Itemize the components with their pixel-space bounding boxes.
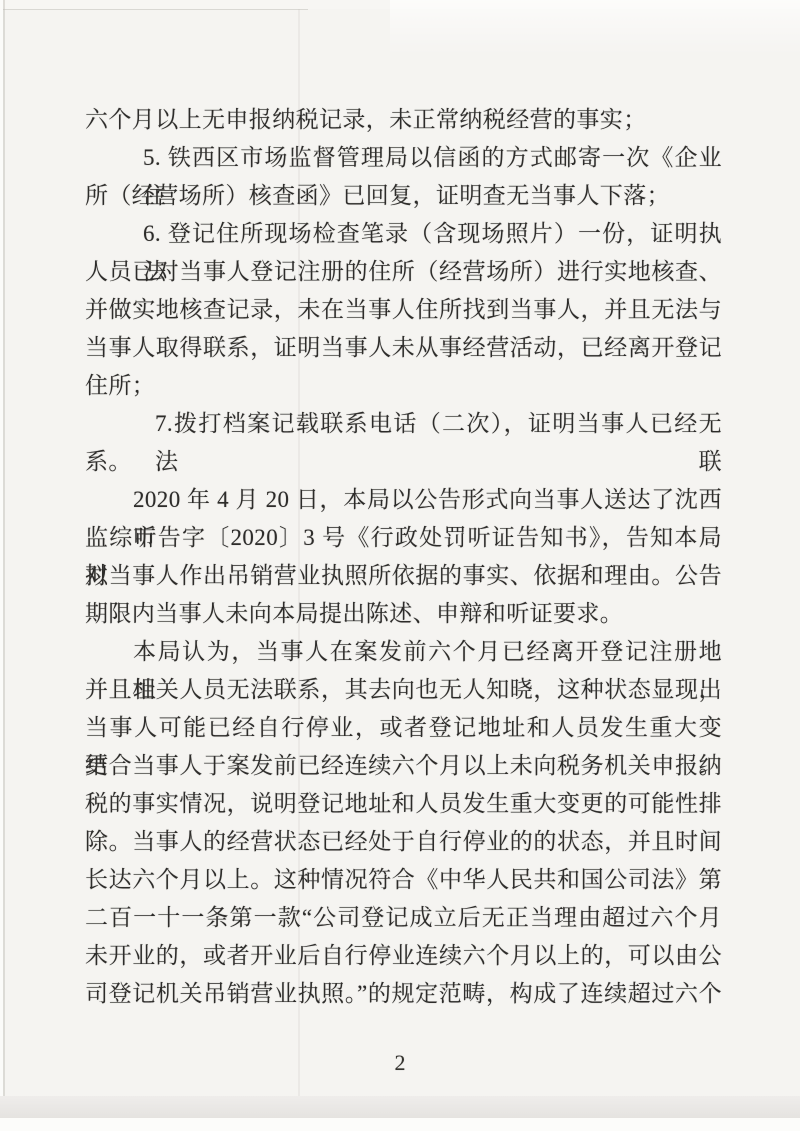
text-line: 长达六个月以上。这种情况符合《中华人民共和国公司法》第: [85, 861, 722, 899]
text-line: 除。当事人的经营状态已经处于自行停业的的状态，并且时间: [85, 823, 722, 861]
scan-artifact-top-edge: [0, 9, 308, 10]
text-line: 税的事实情况，说明登记地址和人员发生重大变更的可能性排: [85, 785, 722, 823]
text-line: 所（经营场所）核查函》已回复，证明查无当事人下落；: [85, 177, 722, 215]
text-line: 监综听告字〔2020〕3 号《行政处罚听证告知书》，告知本局拟: [85, 519, 722, 557]
text-line: 司登记机关吊销营业执照。”的规定范畴，构成了连续超过六个: [85, 975, 722, 1013]
text-line: 并做实地核查记录，未在当事人住所找到当事人，并且无法与: [85, 291, 722, 329]
text-line: 未开业的，或者开业后自行停业连续六个月以上的，可以由公: [85, 937, 722, 975]
scanned-page: 六个月以上无申报纳税记录，未正常纳税经营的事实； 5. 铁西区市场监督管理局以信…: [0, 0, 800, 1131]
text-line: 对当事人作出吊销营业执照所依据的事实、依据和理由。公告: [85, 557, 722, 595]
scan-artifact-left-edge-line: [3, 0, 5, 1118]
scan-artifact-bottom-shadow: [0, 1096, 800, 1118]
text-line: 6. 登记住所现场检查笔录（含现场照片）一份，证明执法: [85, 215, 722, 253]
text-line: 人员已对当事人登记注册的住所（经营场所）进行实地核查、: [85, 253, 722, 291]
text-line: 当事人可能已经自行停业，或者登记地址和人员发生重大变更。: [85, 709, 722, 747]
text-line: 住所；: [85, 367, 722, 405]
text-line: 结合当事人于案发前已经连续六个月以上未向税务机关申报纳: [85, 747, 722, 785]
text-line: 期限内当事人未向本局提出陈述、申辩和听证要求。: [85, 595, 722, 633]
document-text: 六个月以上无申报纳税记录，未正常纳税经营的事实； 5. 铁西区市场监督管理局以信…: [85, 101, 722, 1013]
scan-artifact-paper-corner: [390, 0, 800, 55]
text-line: 二百一十一条第一款“公司登记成立后无正当理由超过六个月: [85, 899, 722, 937]
text-line: 5. 铁西区市场监督管理局以信函的方式邮寄一次《企业住: [85, 139, 722, 177]
text-line: 六个月以上无申报纳税记录，未正常纳税经营的事实；: [85, 101, 722, 139]
text-line: 2020 年 4 月 20 日，本局以公告形式向当事人送达了沈西市: [85, 481, 722, 519]
page-number: 2: [0, 1050, 800, 1076]
text-line: 并且相关人员无法联系，其去向也无人知晓，这种状态显现出: [85, 671, 722, 709]
scan-artifact-bottom-background: [0, 1118, 800, 1131]
text-line: 7.拨打档案记载联系电话（二次），证明当事人已经无法联: [85, 405, 722, 443]
text-line: 当事人取得联系，证明当事人未从事经营活动，已经离开登记: [85, 329, 722, 367]
text-line: 本局认为，当事人在案发前六个月已经离开登记注册地址，: [85, 633, 722, 671]
